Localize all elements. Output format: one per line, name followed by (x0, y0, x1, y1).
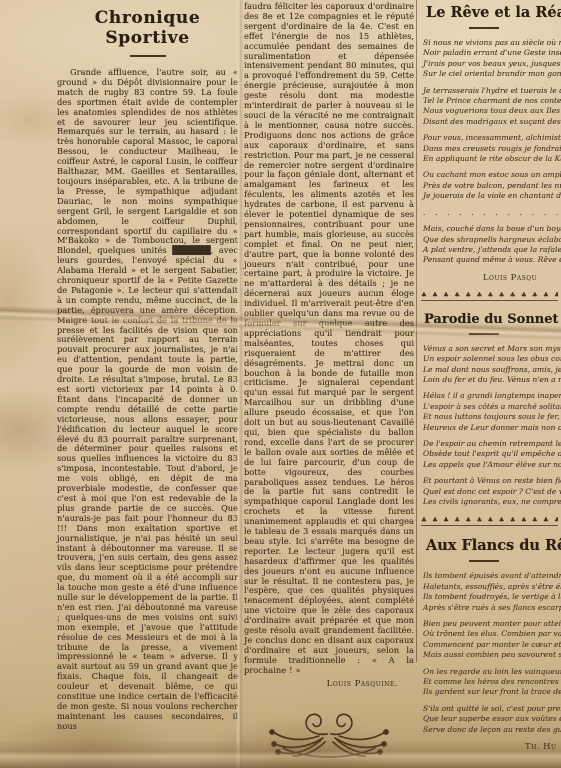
poem-stanza: Mais, couché dans la boue d'un boyau re … (423, 224, 561, 266)
poem-stanza: On les regarde au loin les vainqueurs de… (423, 667, 561, 698)
poem-stanza: Ils tombent épuisés avant d'atteindre au… (423, 571, 561, 613)
column-1: Chronique Sportive Grande affluence, l'a… (57, 8, 238, 732)
poem-le-reve-stanzas: Si nous ne vivions pas au siècle où nous… (421, 38, 561, 266)
poem-flancs-stanzas: Ils tombent épuisés avant d'atteindre au… (421, 571, 561, 735)
chronique-text-column-1: Grande affluence, l'autre soir, au « gro… (57, 68, 238, 732)
poem-stanza: S'ils ont quitté le sol, c'est pour pren… (423, 704, 561, 735)
poem-title-parodie-du-sonnet: Parodie du Sonnet d'Arvers (421, 312, 561, 327)
poem-stanza: Vénus a son secret et Mars son mystère :… (423, 344, 561, 386)
floral-separator: ♣ ♣ ♣ ♣ ♣ ♣ ♣ ♣ ♣ ♣ ♣ ♣ ♣ ♣ ♣ ♣ ♣ ♣ ♣ ♣ … (421, 291, 558, 301)
article-title-chronique-sportive: Chronique Sportive (57, 8, 238, 48)
floral-separator: ♣ ♣ ♣ ♣ ♣ ♣ ♣ ♣ ♣ ♣ ♣ ♣ ♣ ♣ ♣ ♣ ♣ ♣ ♣ ♣ … (421, 516, 558, 526)
poem-title-le-reve-et-la-realite: Le Rêve et la Réalité (421, 4, 561, 21)
title-rule (469, 560, 499, 562)
poem-stanza: . . . . . . . . . . . . (423, 208, 561, 218)
chronique-signature: Louis Pasquine. (244, 679, 414, 689)
poem-title-aux-flancs-du-reve: Aux Flancs du Rêve (421, 537, 561, 554)
column-divider-rule (416, 0, 417, 662)
poem-stanza: Pour vous, incessamment, alchimiste infe… (423, 133, 561, 164)
chronique-text-column-2: faudra féliciter les caporaux d'ordinair… (244, 2, 414, 676)
poem-stanza: Ou cachant mon estoc sous un ample man P… (423, 170, 561, 201)
poem-flancs-signature: Th. Hu (421, 741, 561, 751)
poem-stanza: Si nous ne vivions pas au siècle où nous… (423, 38, 561, 80)
poem-stanza: Hélas ! il a grandi longtemps inaperçu, … (423, 391, 561, 433)
title-rule (469, 333, 499, 335)
flourish-ornament (249, 703, 409, 761)
poem-stanza: Je terrasserais l'hydre et tuerais le dr… (423, 86, 561, 128)
poem-stanza: Bien peu peuvent monter pour atteindre l… (423, 619, 561, 661)
poem-parodie-stanzas: Vénus a son secret et Mars son mystère :… (421, 344, 561, 508)
poem-le-reve-signature: Louis Pasqu (421, 272, 561, 282)
title-rule (130, 55, 166, 57)
column-2: faudra féliciter les caporaux d'ordinair… (244, 2, 414, 761)
poem-stanza: De l'espoir au chemin retrempant le cœur… (423, 439, 561, 470)
newspaper-page: Chronique Sportive Grande affluence, l'a… (0, 0, 561, 768)
title-rule (469, 27, 499, 29)
poem-stanza: Et pourtant à Vénus on reste bien fidèle… (423, 476, 561, 507)
column-3: Le Rêve et la Réalité Si nous ne vivions… (421, 4, 561, 755)
